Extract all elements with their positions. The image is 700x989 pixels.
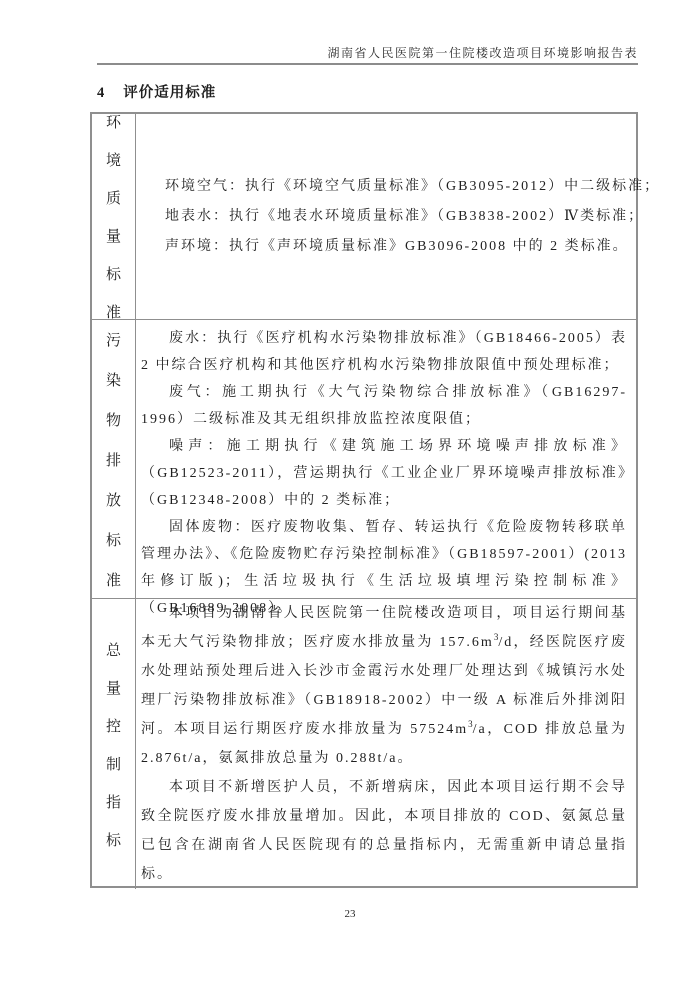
- label-char: 质: [106, 187, 121, 208]
- label-char: 排: [106, 449, 121, 470]
- row-label-environmental-quality-standards: 环 境 质 量 标 准: [92, 114, 136, 319]
- table-row-total-quantity-control-indicators: 总 量 控 制 指 标 本项目为湖南省人民医院第一住院楼改造项目，项目运行期间基…: [92, 599, 636, 889]
- header-rule: [97, 63, 638, 65]
- label-char: 量: [106, 225, 121, 246]
- label-char: 标: [106, 529, 121, 550]
- row-content-environmental-quality-standards: 环境空气：执行《环境空气质量标准》（GB3095-2012）中二级标准； 地表水…: [136, 114, 670, 319]
- row-label-total-quantity-control-indicators: 总 量 控 制 指 标: [92, 599, 136, 889]
- label-char: 污: [106, 329, 121, 350]
- row-label-pollutant-discharge-standards: 污 染 物 排 放 标 准: [92, 320, 136, 598]
- label-char: 标: [106, 829, 121, 850]
- row-content-total-quantity-control-indicators: 本项目为湖南省人民医院第一住院楼改造项目，项目运行期间基本无大气污染物排放；医疗…: [136, 599, 636, 889]
- label-char: 境: [106, 149, 121, 170]
- label-char: 环: [106, 111, 121, 132]
- section-title: 评价适用标准: [123, 85, 216, 101]
- standard-line-surface-water: 地表水：执行《地表水环境质量标准》（GB3838-2002）Ⅳ类标准；: [165, 202, 660, 232]
- label-char: 准: [106, 569, 121, 590]
- label-char: 量: [106, 677, 121, 698]
- standard-paragraph-wastewater: 废水：执行《医疗机构水污染物排放标准》（GB18466-2005）表 2 中综合…: [141, 325, 627, 379]
- label-char: 总: [106, 639, 121, 660]
- label-char: 标: [106, 263, 121, 284]
- section-number: 4: [97, 85, 105, 101]
- label-char: 物: [106, 409, 121, 430]
- page-number: 23: [0, 908, 700, 920]
- table-row-environmental-quality-standards: 环 境 质 量 标 准 环境空气：执行《环境空气质量标准》（GB3095-201…: [92, 114, 636, 320]
- section-heading: 4评价适用标准: [97, 81, 216, 102]
- standard-line-air: 环境空气：执行《环境空气质量标准》（GB3095-2012）中二级标准；: [165, 172, 660, 202]
- document-page: 湖南省人民医院第一住院楼改造项目环境影响报告表 4评价适用标准 环 境 质 量 …: [0, 0, 700, 989]
- report-header-title: 湖南省人民医院第一住院楼改造项目环境影响报告表: [97, 44, 638, 61]
- standard-paragraph-noise: 噪声：施工期执行《建筑施工场界环境噪声排放标准》（GB12523-2011），营…: [141, 433, 627, 514]
- total-control-paragraph-discharge: 本项目为湖南省人民医院第一住院楼改造项目，项目运行期间基本无大气污染物排放；医疗…: [141, 599, 627, 773]
- standards-table: 环 境 质 量 标 准 环境空气：执行《环境空气质量标准》（GB3095-201…: [90, 112, 638, 888]
- label-char: 染: [106, 369, 121, 390]
- label-char: 控: [106, 715, 121, 736]
- row-content-pollutant-discharge-standards: 废水：执行《医疗机构水污染物排放标准》（GB18466-2005）表 2 中综合…: [136, 320, 636, 598]
- label-char: 指: [106, 791, 121, 812]
- total-control-paragraph-no-increase: 本项目不新增医护人员，不新增病床，因此本项目运行期不会导致全院医疗废水排放量增加…: [141, 773, 627, 889]
- label-char: 准: [106, 301, 121, 322]
- standard-line-noise-env: 声环境：执行《声环境质量标准》GB3096-2008 中的 2 类标准。: [165, 232, 660, 262]
- standard-paragraph-waste-gas: 废气：施工期执行《大气污染物综合排放标准》（GB16297-1996）二级标准及…: [141, 379, 627, 433]
- label-char: 放: [106, 489, 121, 510]
- table-row-pollutant-discharge-standards: 污 染 物 排 放 标 准 废水：执行《医疗机构水污染物排放标准》（GB1846…: [92, 320, 636, 599]
- label-char: 制: [106, 753, 121, 774]
